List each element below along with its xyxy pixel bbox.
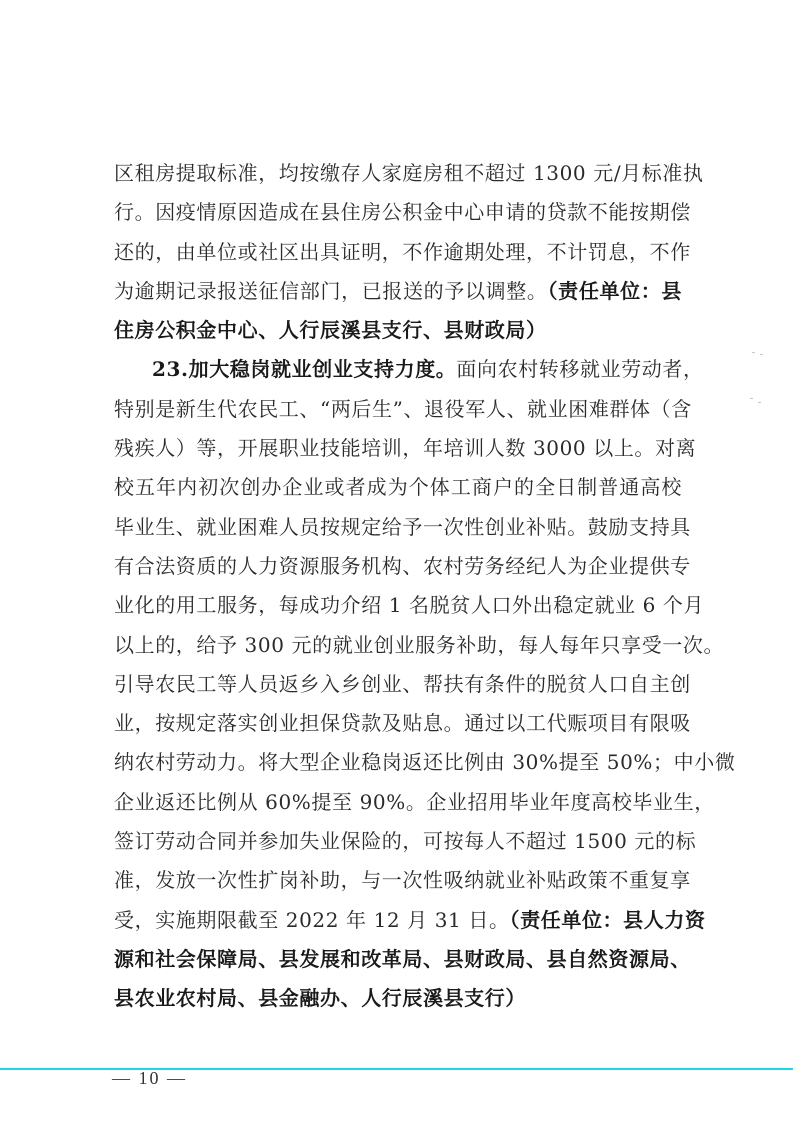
- text-line: 行。因疫情原因造成在县住房公积金中心申请的贷款不能按期偿: [114, 193, 682, 232]
- text-line: 签订劳动合同并参加失业保险的，可按每人不超过 1500 元的标: [114, 822, 682, 861]
- text-line: 业化的用工服务，每成功介绍 1 名脱贫人口外出稳定就业 6 个月: [114, 586, 682, 625]
- responsible-units-text: 住房公积金中心、人行辰溪县支行、县财政局）: [114, 311, 682, 350]
- responsible-units-label: （责任单位：县: [548, 279, 682, 303]
- text-line: 区租房提取标准，均按缴存人家庭房租不超过 1300 元/月标准执: [114, 154, 682, 193]
- text-line: 残疾人）等，开展职业技能培训，年培训人数 3000 以上。对离: [114, 429, 682, 468]
- responsible-units-text: 县农业农村局、县金融办、人行辰溪县支行）: [114, 979, 682, 1018]
- scan-artifact: [752, 352, 755, 353]
- text-line: 引导农民工等人员返乡入乡创业、帮扶有条件的脱贫人口自主创: [114, 665, 682, 704]
- text-line: 校五年内初次创办企业或者成为个体工商户的全日制普通高校: [114, 468, 682, 507]
- document-body: 区租房提取标准，均按缴存人家庭房租不超过 1300 元/月标准执 行。因疫情原因…: [114, 154, 682, 1019]
- text-line: 为逾期记录报送征信部门，已报送的予以调整。（责任单位：县: [114, 272, 682, 311]
- text-line: 特别是新生代农民工、“两后生”、退役军人、就业困难群体（含: [114, 390, 682, 429]
- responsible-units-label: （责任单位：县人力资: [510, 908, 706, 932]
- text-line: 业，按规定落实创业担保贷款及贴息。通过以工代赈项目有限吸: [114, 704, 682, 743]
- text-line: 准，发放一次性扩岗补助，与一次性吸纳就业补贴政策不重复享: [114, 861, 682, 900]
- text-segment: 受，实施期限截至 2022 年 12 月 31 日。: [114, 908, 510, 932]
- section-heading-line: 23.加大稳岗就业创业支持力度。面向农村转移就业劳动者，: [114, 350, 682, 389]
- scan-artifact: [750, 398, 753, 399]
- section-heading: 23.加大稳岗就业创业支持力度。: [152, 357, 456, 381]
- text-segment: 为逾期记录报送征信部门，已报送的予以调整。: [114, 279, 548, 303]
- text-line: 以上的，给予 300 元的就业创业服务补助，每人每年只享受一次。: [114, 626, 682, 665]
- text-line: 纳农村劳动力。将大型企业稳岗返还比例由 30%提至 50%；中小微: [114, 743, 682, 782]
- text-line: 有合法资质的人力资源服务机构、农村劳务经纪人为企业提供专: [114, 547, 682, 586]
- text-line: 毕业生、就业困难人员按规定给予一次性创业补贴。鼓励支持具: [114, 508, 682, 547]
- text-line: 受，实施期限截至 2022 年 12 月 31 日。（责任单位：县人力资: [114, 901, 682, 940]
- page-number: — 10 —: [112, 1068, 187, 1089]
- text-segment: 面向农村转移就业劳动者，: [456, 357, 703, 381]
- responsible-units-text: 源和社会保障局、县发展和改革局、县财政局、县自然资源局、: [114, 940, 682, 979]
- scan-artifact: [760, 354, 763, 355]
- text-line: 还的，由单位或社区出具证明，不作逾期处理，不计罚息，不作: [114, 233, 682, 272]
- text-line: 企业返还比例从 60%提至 90%。企业招用毕业年度高校毕业生，: [114, 783, 682, 822]
- scan-artifact: [758, 402, 761, 403]
